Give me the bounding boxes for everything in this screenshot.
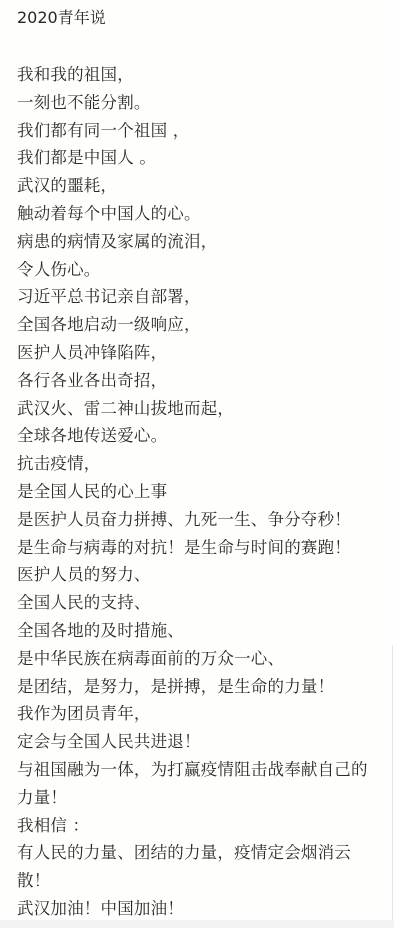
poem-line: 全国各地启动一级响应， (17, 311, 377, 339)
poem-body: 我和我的祖国， 一刻也不能分割。 我们都有同一个祖国 ， 我们都是中国人 。 武… (17, 61, 377, 923)
poem-line: 医护人员冲锋陷阵， (17, 339, 377, 367)
poem-line: 医护人员的努力、 (17, 561, 377, 589)
poem-line: 有人民的力量、团结的力量，疫情定会烟消云 (17, 839, 377, 867)
bottom-border (0, 920, 394, 928)
document-title: 2020青年说 (17, 6, 106, 30)
poem-line: 武汉火、雷二神山拔地而起， (17, 395, 377, 423)
poem-line: 病患的病情及家属的流泪， (17, 228, 377, 256)
poem-line: 我相信 ： (17, 812, 377, 840)
poem-line: 习近平总书记亲自部署， (17, 283, 377, 311)
poem-line: 是团结，是努力，是拼搏，是生命的力量！ (17, 673, 377, 701)
poem-line: 是医护人员奋力拼搏、九死一生、争分夺秒！ (17, 506, 377, 534)
poem-line: 我作为团员青年， (17, 700, 377, 728)
poem-line: 武汉的噩耗， (17, 172, 377, 200)
poem-line: 武汉加油！中国加油！ (17, 895, 377, 923)
poem-line: 与祖国融为一体，为打赢疫情阻击战奉献自己的 (17, 756, 377, 784)
poem-line: 触动着每个中国人的心。 (17, 200, 377, 228)
poem-line: 是生命与病毒的对抗！是生命与时间的赛跑！ (17, 534, 377, 562)
poem-line: 全球各地传送爱心。 (17, 422, 377, 450)
page-edge-divider (392, 645, 393, 920)
poem-line: 我和我的祖国， (17, 61, 377, 89)
poem-line: 我们都是中国人 。 (17, 144, 377, 172)
poem-line: 全国人民的支持、 (17, 589, 377, 617)
document-page: 2020青年说 我和我的祖国， 一刻也不能分割。 我们都有同一个祖国 ， 我们都… (0, 0, 394, 928)
poem-line: 令人伤心。 (17, 256, 377, 284)
poem-line: 是中华民族在病毒面前的万众一心、 (17, 645, 377, 673)
poem-line: 定会与全国人民共进退！ (17, 728, 377, 756)
poem-line: 抗击疫情， (17, 450, 377, 478)
poem-line: 我们都有同一个祖国 ， (17, 117, 377, 145)
poem-line: 力量！ (17, 784, 377, 812)
poem-line: 一刻也不能分割。 (17, 89, 377, 117)
poem-line: 全国各地的及时措施、 (17, 617, 377, 645)
poem-line: 各行各业各出奇招， (17, 367, 377, 395)
poem-line: 散！ (17, 867, 377, 895)
poem-line: 是全国人民的心上事 (17, 478, 377, 506)
